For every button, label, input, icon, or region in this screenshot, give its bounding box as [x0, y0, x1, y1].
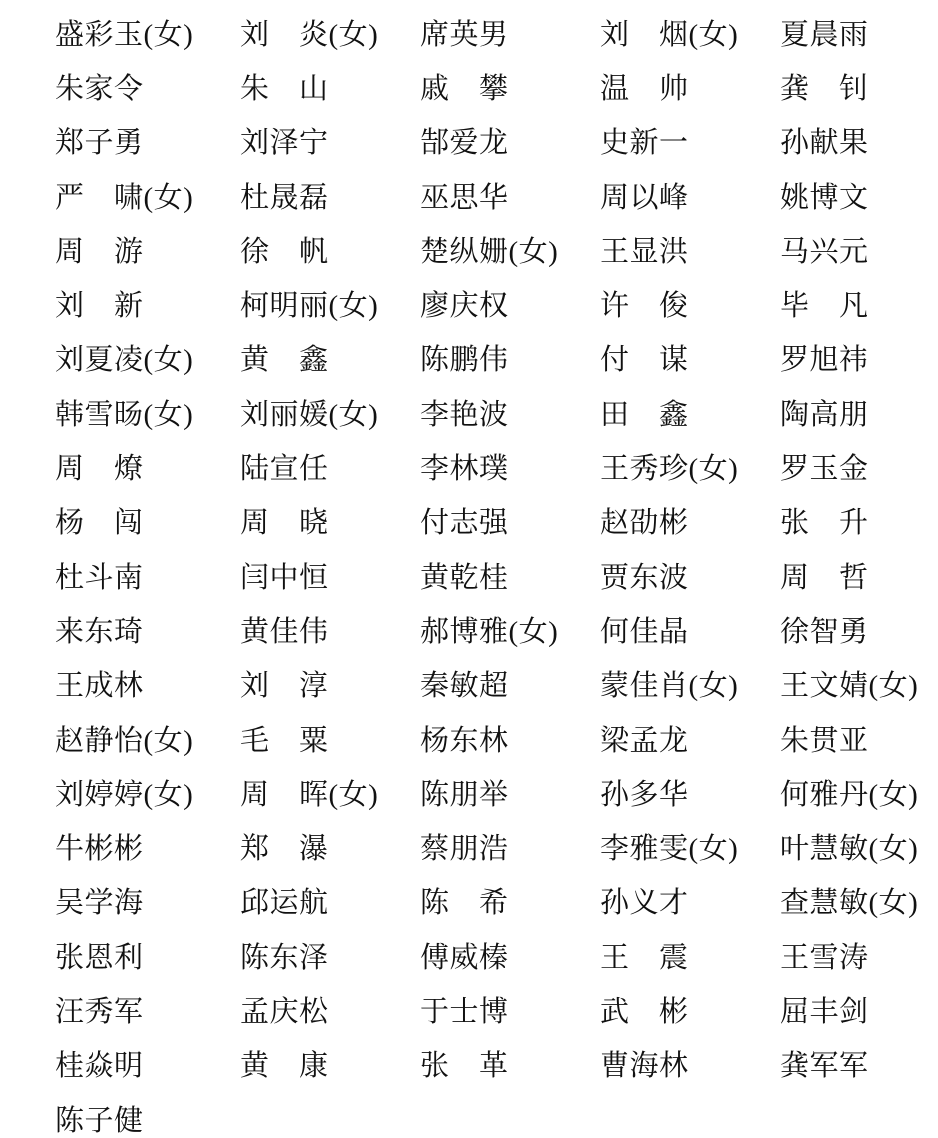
name-cell: 戚 攀 — [420, 59, 600, 113]
name-cell: 杨东林 — [420, 711, 600, 765]
name-cell: 徐智勇 — [780, 602, 938, 656]
name-cell: 陈子健 — [55, 1091, 240, 1138]
name-cell: 陈 希 — [420, 874, 600, 928]
name-cell: 王成林 — [55, 657, 240, 711]
name-cell: 黄佳伟 — [240, 602, 420, 656]
name-cell: 张 革 — [420, 1037, 600, 1091]
name-cell: 武 彬 — [600, 982, 780, 1036]
name-cell: 刘 烟(女) — [600, 5, 780, 59]
name-cell: 郝博雅(女) — [420, 602, 600, 656]
name-cell: 毕 凡 — [780, 276, 938, 330]
name-cell: 桂焱明 — [55, 1037, 240, 1091]
name-cell: 周 晓 — [240, 494, 420, 548]
name-cell: 陆宣任 — [240, 439, 420, 493]
name-cell: 夏晨雨 — [780, 5, 938, 59]
name-cell: 黄乾桂 — [420, 548, 600, 602]
name-cell: 孙义才 — [600, 874, 780, 928]
name-cell: 黄 康 — [240, 1037, 420, 1091]
name-cell: 周 燎 — [55, 439, 240, 493]
name-cell: 梁孟龙 — [600, 711, 780, 765]
name-cell: 来东琦 — [55, 602, 240, 656]
name-cell: 严 啸(女) — [55, 168, 240, 222]
name-grid: 盛彩玉(女)刘 炎(女)席英男刘 烟(女)夏晨雨朱家令朱 山戚 攀温 帅龚 钊郑… — [55, 5, 938, 1138]
name-cell: 楚纵姗(女) — [420, 222, 600, 276]
name-cell: 孙献果 — [780, 114, 938, 168]
name-cell: 刘泽宁 — [240, 114, 420, 168]
name-cell: 邱运航 — [240, 874, 420, 928]
name-cell: 王雪涛 — [780, 928, 938, 982]
name-cell: 马兴元 — [780, 222, 938, 276]
name-cell: 孙多华 — [600, 765, 780, 819]
name-cell: 廖庆权 — [420, 276, 600, 330]
name-cell: 席英男 — [420, 5, 600, 59]
name-cell: 曹海林 — [600, 1037, 780, 1091]
name-cell: 张 升 — [780, 494, 938, 548]
name-cell: 何佳晶 — [600, 602, 780, 656]
name-cell: 陈鹏伟 — [420, 331, 600, 385]
name-cell: 刘 炎(女) — [240, 5, 420, 59]
name-cell: 王秀珍(女) — [600, 439, 780, 493]
name-cell: 叶慧敏(女) — [780, 819, 938, 873]
name-cell: 罗旭祎 — [780, 331, 938, 385]
name-cell: 吴学海 — [55, 874, 240, 928]
name-cell: 周 哲 — [780, 548, 938, 602]
name-cell: 黄 鑫 — [240, 331, 420, 385]
name-cell: 王文婧(女) — [780, 657, 938, 711]
name-cell: 朱家令 — [55, 59, 240, 113]
name-cell: 郜爱龙 — [420, 114, 600, 168]
name-cell: 周以峰 — [600, 168, 780, 222]
name-cell: 刘 淳 — [240, 657, 420, 711]
name-cell: 李艳波 — [420, 385, 600, 439]
name-cell: 龚军军 — [780, 1037, 938, 1091]
name-cell: 王显洪 — [600, 222, 780, 276]
name-cell: 付志强 — [420, 494, 600, 548]
name-cell: 杨 闯 — [55, 494, 240, 548]
name-cell: 刘丽媛(女) — [240, 385, 420, 439]
name-cell: 杜斗南 — [55, 548, 240, 602]
name-cell: 温 帅 — [600, 59, 780, 113]
name-cell: 刘夏凌(女) — [55, 331, 240, 385]
name-cell: 龚 钊 — [780, 59, 938, 113]
name-cell: 田 鑫 — [600, 385, 780, 439]
name-cell: 赵静怡(女) — [55, 711, 240, 765]
name-cell: 刘婷婷(女) — [55, 765, 240, 819]
name-cell: 韩雪旸(女) — [55, 385, 240, 439]
name-cell: 闫中恒 — [240, 548, 420, 602]
name-cell: 许 俊 — [600, 276, 780, 330]
document-page: 盛彩玉(女)刘 炎(女)席英男刘 烟(女)夏晨雨朱家令朱 山戚 攀温 帅龚 钊郑… — [0, 0, 938, 1138]
name-cell: 刘 新 — [55, 276, 240, 330]
name-cell: 陶高朋 — [780, 385, 938, 439]
name-cell: 朱贯亚 — [780, 711, 938, 765]
name-cell: 牛彬彬 — [55, 819, 240, 873]
name-cell: 柯明丽(女) — [240, 276, 420, 330]
name-cell: 郑 瀑 — [240, 819, 420, 873]
name-cell: 贾东波 — [600, 548, 780, 602]
name-cell: 史新一 — [600, 114, 780, 168]
name-cell: 罗玉金 — [780, 439, 938, 493]
name-cell: 付 谋 — [600, 331, 780, 385]
name-cell: 汪秀军 — [55, 982, 240, 1036]
name-cell: 于士博 — [420, 982, 600, 1036]
name-cell: 蒙佳肖(女) — [600, 657, 780, 711]
name-cell: 盛彩玉(女) — [55, 5, 240, 59]
name-cell: 赵劭彬 — [600, 494, 780, 548]
name-cell: 巫思华 — [420, 168, 600, 222]
name-cell: 姚博文 — [780, 168, 938, 222]
name-cell: 傅威榛 — [420, 928, 600, 982]
name-cell: 杜晟磊 — [240, 168, 420, 222]
name-cell: 郑子勇 — [55, 114, 240, 168]
name-cell: 秦敏超 — [420, 657, 600, 711]
name-cell: 李雅雯(女) — [600, 819, 780, 873]
name-cell: 孟庆松 — [240, 982, 420, 1036]
name-cell: 张恩利 — [55, 928, 240, 982]
name-cell: 徐 帆 — [240, 222, 420, 276]
name-cell: 屈丰剑 — [780, 982, 938, 1036]
name-cell: 周 晖(女) — [240, 765, 420, 819]
name-cell: 蔡朋浩 — [420, 819, 600, 873]
name-cell: 陈东泽 — [240, 928, 420, 982]
name-cell: 何雅丹(女) — [780, 765, 938, 819]
name-cell: 朱 山 — [240, 59, 420, 113]
name-cell: 查慧敏(女) — [780, 874, 938, 928]
name-cell: 李林璞 — [420, 439, 600, 493]
name-cell: 陈朋举 — [420, 765, 600, 819]
name-cell: 王 震 — [600, 928, 780, 982]
name-cell: 周 游 — [55, 222, 240, 276]
name-cell: 毛 粟 — [240, 711, 420, 765]
